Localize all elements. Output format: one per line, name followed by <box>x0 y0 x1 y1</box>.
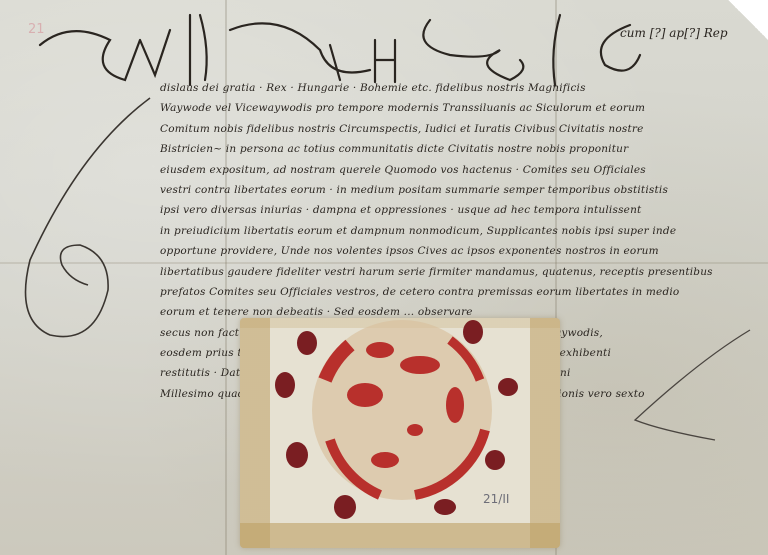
text-line: vestri contra libertates eorum · in medi… <box>160 180 760 200</box>
text-line: eiusdem expositum, ad nostram querele Qu… <box>160 160 760 180</box>
text-line: Comitum nobis fidelibus nostris Circumsp… <box>160 119 760 139</box>
text-line: ipsi vero diversas iniurias · dampna et … <box>160 200 760 220</box>
wax-seal <box>240 310 560 550</box>
seal-shelf-number: 21/II <box>483 492 509 506</box>
text-line: Bistricien~ in persona ac totius communi… <box>160 139 760 159</box>
text-line: Waywode vel Vicewaywodis pro tempore mod… <box>160 98 760 118</box>
text-line: opportune providere, Unde nos volentes i… <box>160 241 760 261</box>
text-line: dislaus dei gratia · Rex · Hungarie · Bo… <box>160 78 760 98</box>
text-line: libertatibus gaudere fideliter vestri ha… <box>160 262 760 282</box>
text-line: in preiudicium libertatis eorum et dampn… <box>160 221 760 241</box>
text-line: prefatos Comites seu Officiales vestros,… <box>160 282 760 302</box>
